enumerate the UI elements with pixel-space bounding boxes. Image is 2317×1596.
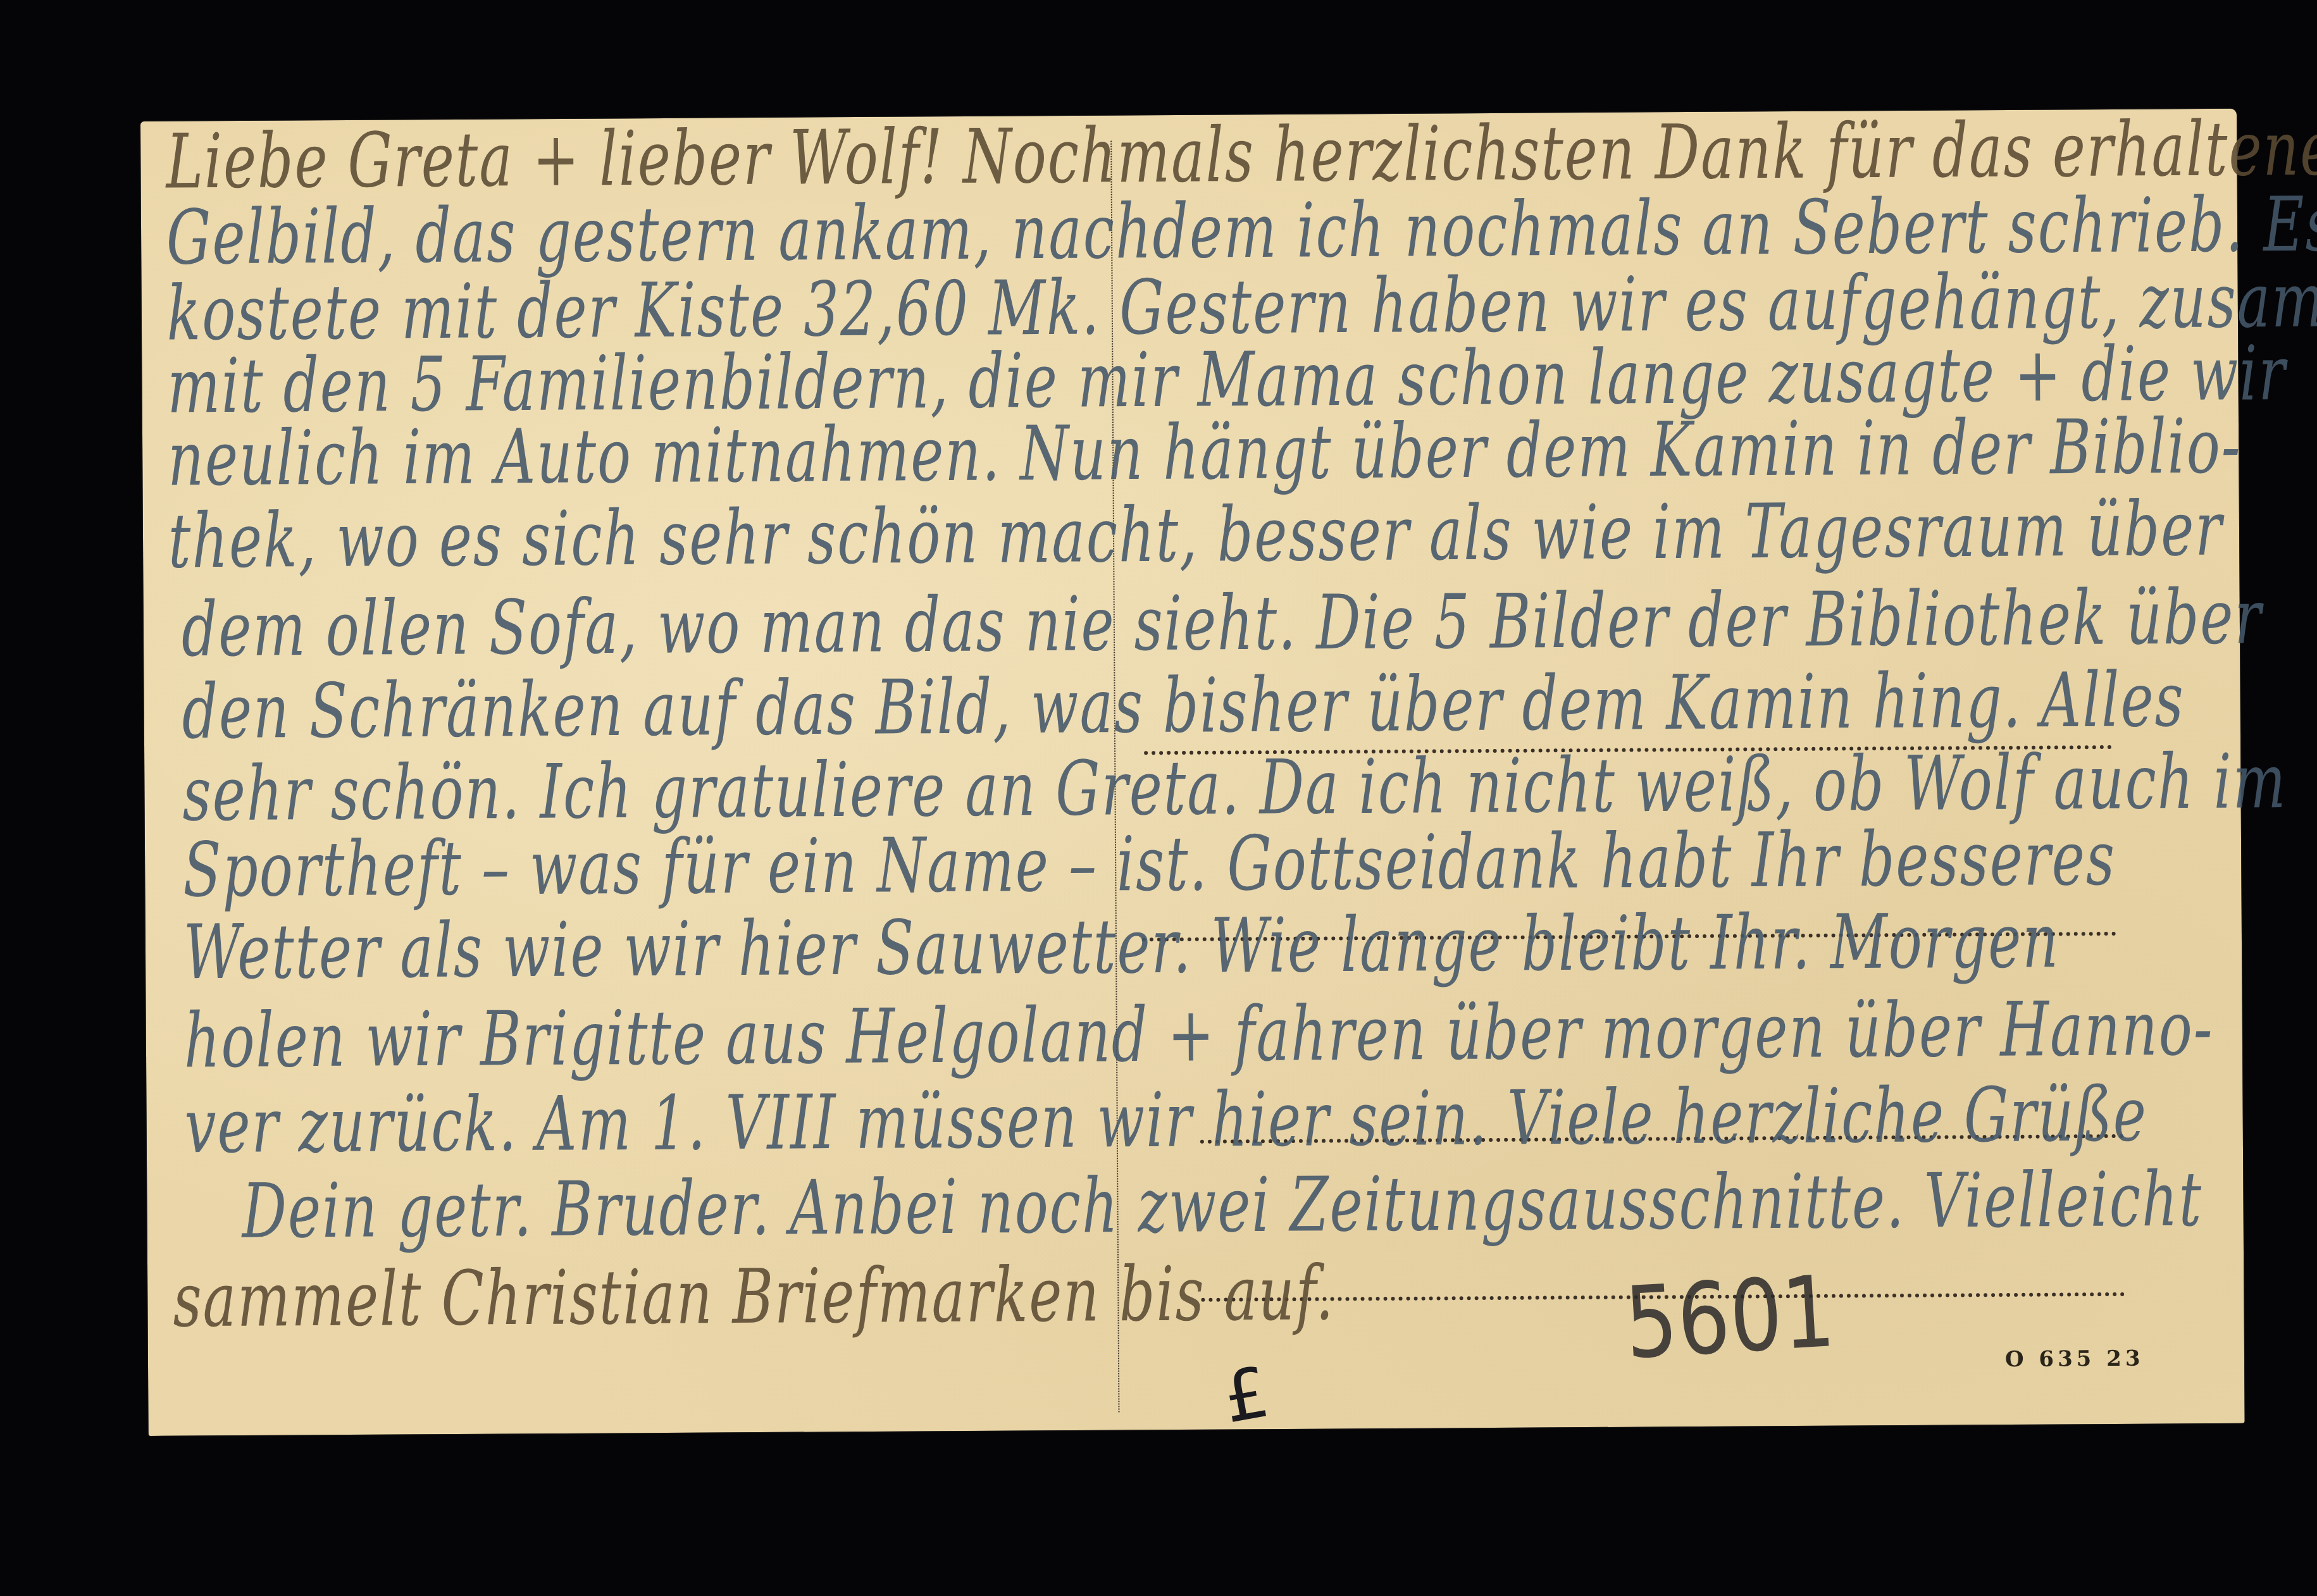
pencil-mark-icon: £ [1217,1351,1275,1438]
message-line-13: ver zurück. Am 1. VIII müssen wir hier s… [184,1070,2147,1170]
message-line-14: Dein getr. Bruder. Anbei noch zwei Zeitu… [242,1155,2202,1255]
message-line-6: thek, wo es sich sehr schön macht, besse… [168,485,2223,585]
postcard: Liebe Greta + lieber Wolf! Nochmals herz… [140,109,2245,1436]
printed-code: O 635 23 [2005,1346,2144,1372]
message-line-15: sammelt Christian Briefmarken bis auf. [173,1249,1335,1344]
message-line-12: holen wir Brigitte aus Helgoland + fahre… [183,984,2213,1085]
archive-number: 5601 [1622,1254,1838,1381]
message-line-11: Wetter als wie wir hier Sauwetter. Wie l… [183,896,2060,996]
